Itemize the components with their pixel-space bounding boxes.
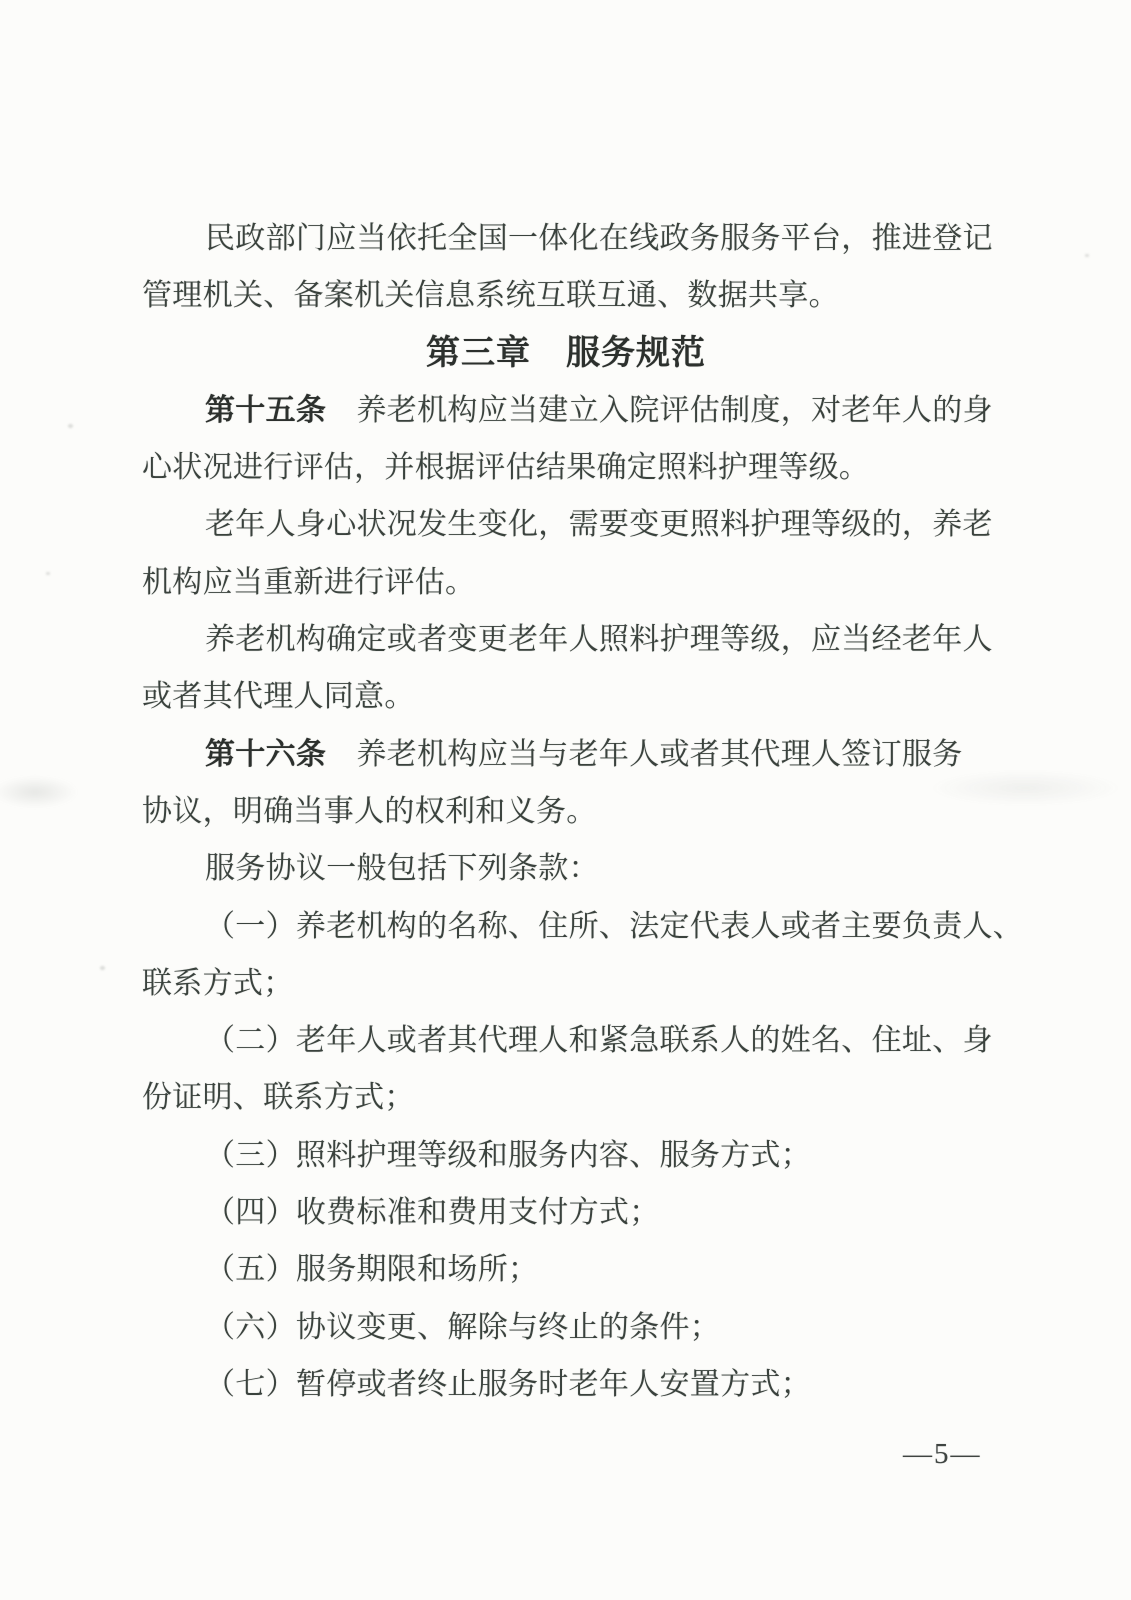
text-line: 民政部门应当依托全国一体化在线政务服务平台，推进登记 (142, 210, 990, 267)
line-text: （七）暂停或者终止服务时老年人安置方式； (205, 1368, 811, 1401)
text-line: （六）协议变更、解除与终止的条件； (142, 1299, 990, 1356)
line-text: 协议，明确当事人的权利和义务。 (142, 795, 597, 828)
document-body: 民政部门应当依托全国一体化在线政务服务平台，推进登记 管理机关、备案机关信息系统… (142, 210, 990, 1413)
text-line: 服务协议一般包括下列条款： (142, 840, 990, 897)
article-number-label: 第十六条 (205, 738, 326, 771)
text-line: 管理机关、备案机关信息系统互联互通、数据共享。 (142, 267, 990, 324)
text-line: 心状况进行评估，并根据评估结果确定照料护理等级。 (142, 439, 990, 496)
text-line: 协议，明确当事人的权利和义务。 (142, 783, 990, 840)
line-text: 服务协议一般包括下列条款： (205, 852, 599, 885)
text-line: 老年人身心状况发生变化，需要变更照料护理等级的，养老 (142, 496, 990, 553)
text-line: （七）暂停或者终止服务时老年人安置方式； (142, 1356, 990, 1413)
line-text: 民政部门应当依托全国一体化在线政务服务平台，推进登记 (205, 222, 993, 255)
chapter-heading: 第三章 服务规范 (142, 325, 990, 382)
article-number-label: 第十五条 (205, 394, 326, 427)
scan-speck (1085, 254, 1089, 257)
line-text: 养老机构应当与老年人或者其代理人签订服务 (326, 738, 962, 771)
scan-speck (68, 424, 73, 428)
page-number: —5— (903, 1438, 982, 1471)
text-line: （三）照料护理等级和服务内容、服务方式； (142, 1127, 990, 1184)
line-text: 机构应当重新进行评估。 (142, 566, 475, 599)
text-line: （二）老年人或者其代理人和紧急联系人的姓名、住址、身 (142, 1012, 990, 1069)
text-line: （一）养老机构的名称、住所、法定代表人或者主要负责人、 (142, 898, 990, 955)
line-text: （三）照料护理等级和服务内容、服务方式； (205, 1139, 811, 1172)
line-text: 联系方式； (142, 967, 294, 1000)
document-page: 民政部门应当依托全国一体化在线政务服务平台，推进登记 管理机关、备案机关信息系统… (0, 0, 1131, 1600)
text-line: 联系方式； (142, 955, 990, 1012)
line-text: （六）协议变更、解除与终止的条件； (205, 1311, 720, 1344)
text-line: 机构应当重新进行评估。 (142, 554, 990, 611)
text-line: 养老机构确定或者变更老年人照料护理等级，应当经老年人 (142, 611, 990, 668)
scan-speck (46, 572, 50, 575)
text-line: 份证明、联系方式； (142, 1069, 990, 1126)
line-text: 老年人身心状况发生变化，需要变更照料护理等级的，养老 (205, 508, 993, 541)
text-line: （四）收费标准和费用支付方式； (142, 1184, 990, 1241)
line-text: 或者其代理人同意。 (142, 680, 415, 713)
line-text: （二）老年人或者其代理人和紧急联系人的姓名、住址、身 (205, 1024, 993, 1057)
line-text: （五）服务期限和场所； (205, 1253, 538, 1286)
scan-smudge (0, 776, 78, 808)
chapter-heading-text: 第三章 服务规范 (426, 334, 706, 372)
line-text: 管理机关、备案机关信息系统互联互通、数据共享。 (142, 279, 839, 312)
text-line: 或者其代理人同意。 (142, 668, 990, 725)
scan-speck (100, 966, 105, 970)
text-line: 第十五条 养老机构应当建立入院评估制度，对老年人的身 (142, 382, 990, 439)
line-text: （一）养老机构的名称、住所、法定代表人或者主要负责人、 (205, 910, 1023, 943)
text-line: （五）服务期限和场所； (142, 1241, 990, 1298)
line-text: 养老机构确定或者变更老年人照料护理等级，应当经老年人 (205, 623, 993, 656)
text-line: 第十六条 养老机构应当与老年人或者其代理人签订服务 (142, 726, 990, 783)
line-text: 养老机构应当建立入院评估制度，对老年人的身 (326, 394, 993, 427)
line-text: 心状况进行评估，并根据评估结果确定照料护理等级。 (142, 451, 869, 484)
line-text: （四）收费标准和费用支付方式； (205, 1196, 660, 1229)
line-text: 份证明、联系方式； (142, 1081, 415, 1114)
